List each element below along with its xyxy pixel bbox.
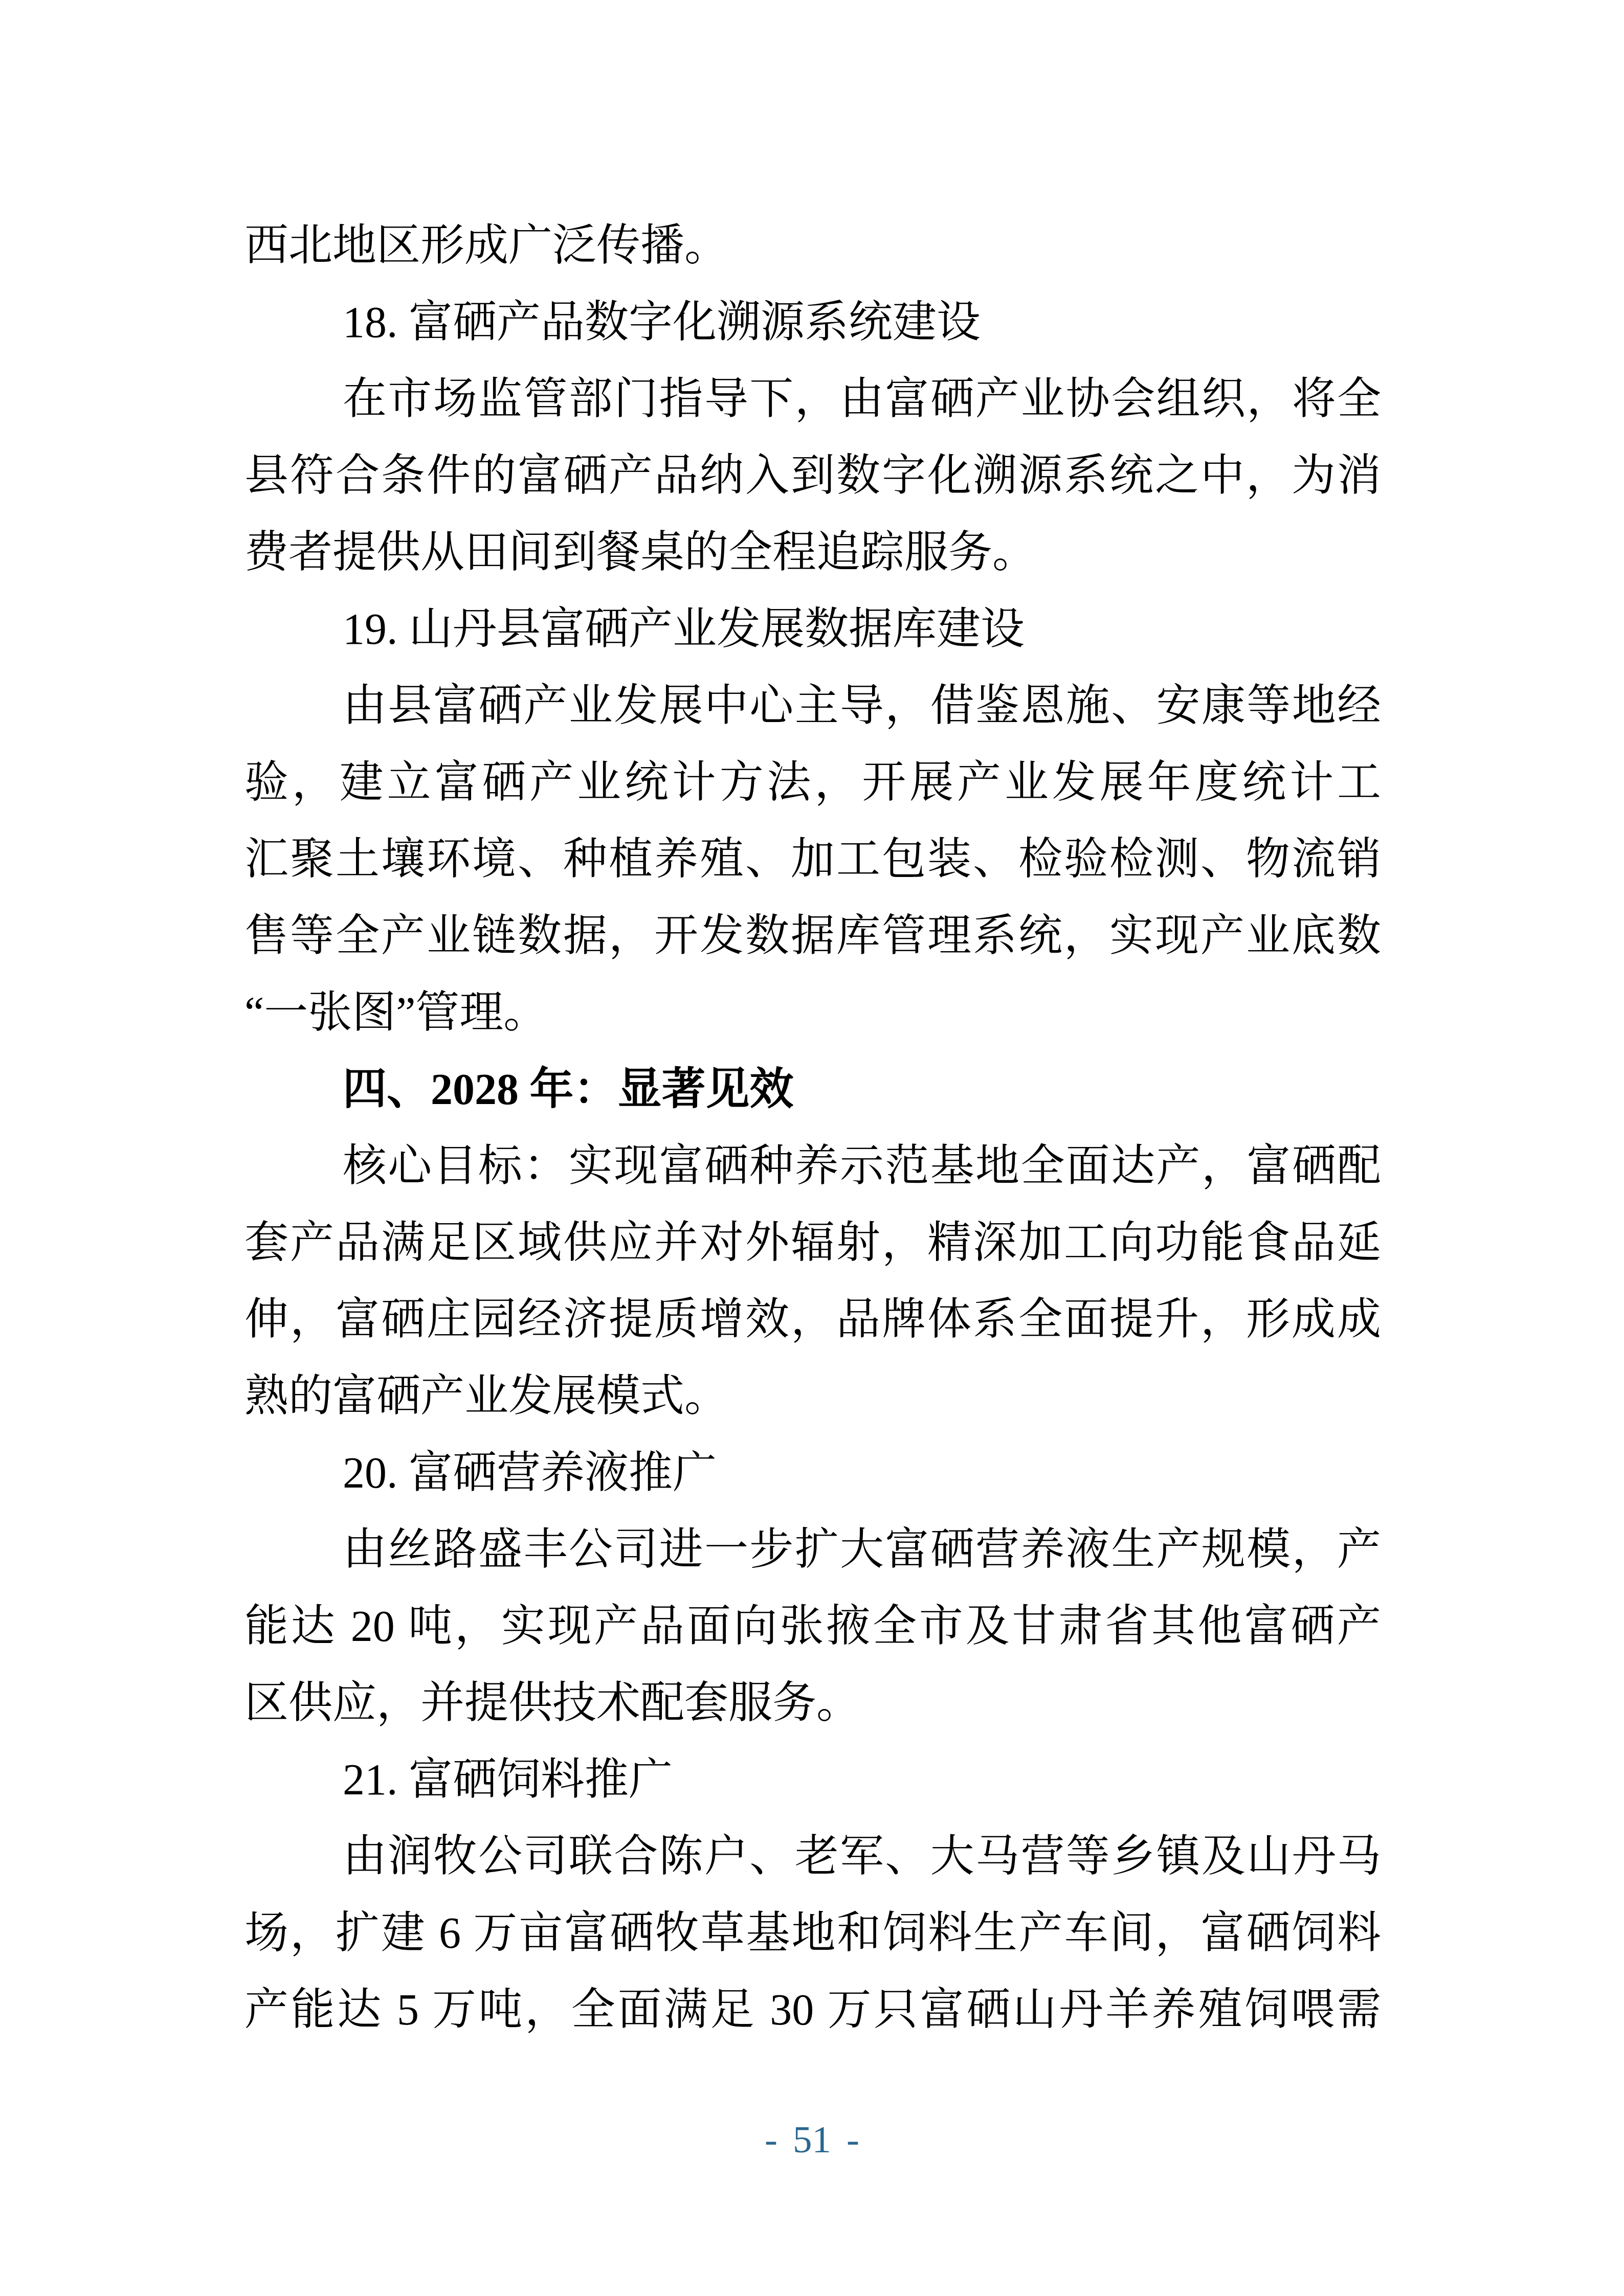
body-line: 场，扩建 6 万亩富硒牧草基地和饲料生产车间，富硒饲料 [244,1895,1381,1971]
body-line: 费者提供从田间到餐桌的全程追踪服务。 [244,514,1381,591]
document-page: 西北地区形成广泛传播。 18. 富硒产品数字化溯源系统建设 在市场监管部门指导下… [0,0,1624,2296]
page-number-dash-left: - [765,2117,777,2163]
document-body: 西北地区形成广泛传播。 18. 富硒产品数字化溯源系统建设 在市场监管部门指导下… [244,207,1381,2048]
body-line: 由润牧公司联合陈户、老军、大马营等乡镇及山丹马 [244,1818,1381,1895]
item-heading: 20. 富硒营养液推广 [244,1434,1381,1511]
body-line: 西北地区形成广泛传播。 [244,207,1381,284]
page-footer: -51- [0,2117,1624,2163]
page-number: 51 [793,2117,831,2163]
body-line: 伸，富硒庄园经济提质增效，品牌体系全面提升，形成成 [244,1281,1381,1358]
item-heading: 21. 富硒饲料推广 [244,1741,1381,1818]
body-line: 在市场监管部门指导下，由富硒产业协会组织，将全 [244,361,1381,437]
item-heading: 18. 富硒产品数字化溯源系统建设 [244,284,1381,361]
body-line: 套产品满足区域供应并对外辐射，精深加工向功能食品延 [244,1204,1381,1281]
page-number-dash-right: - [847,2117,859,2163]
body-line: “一张图”管理。 [244,974,1381,1051]
body-line: 区供应，并提供技术配套服务。 [244,1664,1381,1741]
body-line: 由县富硒产业发展中心主导，借鉴恩施、安康等地经 [244,667,1381,744]
body-line: 能达 20 吨，实现产品面向张掖全市及甘肃省其他富硒产 [244,1588,1381,1664]
body-line: 由丝路盛丰公司进一步扩大富硒营养液生产规模，产 [244,1511,1381,1588]
section-heading: 四、2028 年：显著见效 [244,1051,1381,1128]
item-heading: 19. 山丹县富硒产业发展数据库建设 [244,591,1381,667]
body-line: 验，建立富硒产业统计方法，开展产业发展年度统计工作， [244,744,1381,821]
body-line: 产能达 5 万吨，全面满足 30 万只富硒山丹羊养殖饲喂需 [244,1971,1381,2048]
body-line: 汇聚土壤环境、种植养殖、加工包装、检验检测、物流销 [244,821,1381,897]
body-line: 核心目标：实现富硒种养示范基地全面达产，富硒配 [244,1128,1381,1204]
body-line: 县符合条件的富硒产品纳入到数字化溯源系统之中，为消 [244,437,1381,514]
body-line: 售等全产业链数据，开发数据库管理系统，实现产业底数 [244,897,1381,974]
body-line: 熟的富硒产业发展模式。 [244,1358,1381,1434]
